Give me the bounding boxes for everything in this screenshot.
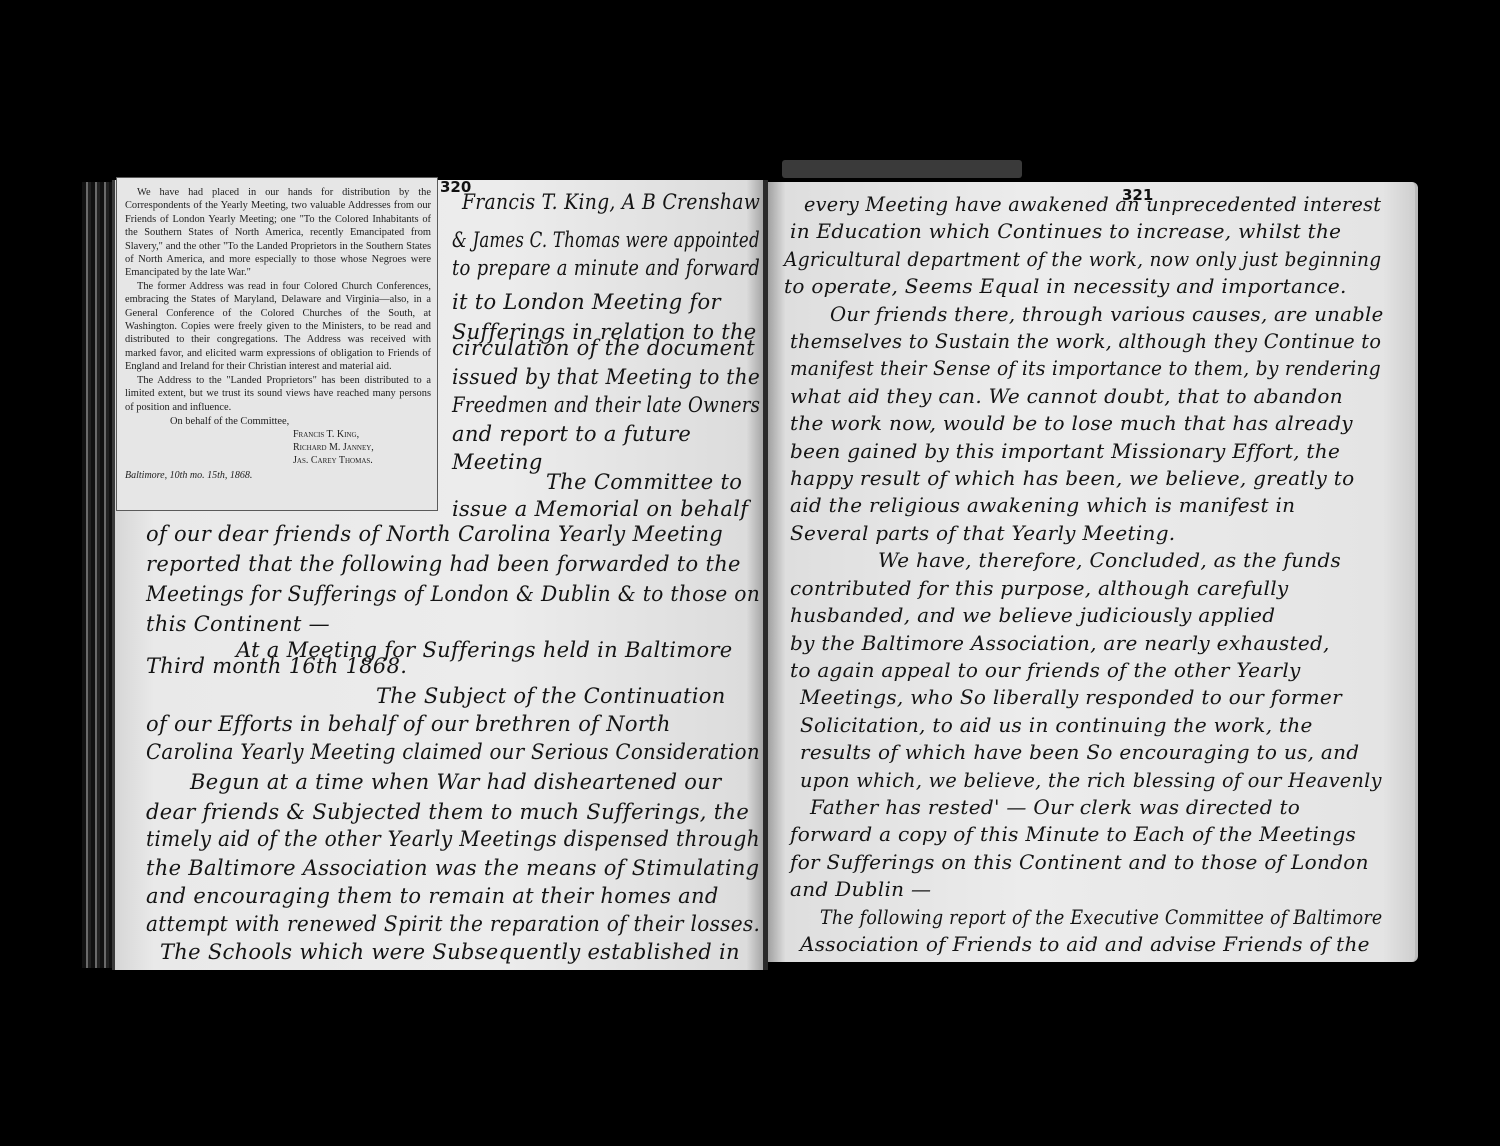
handwritten-line: Meetings for Sufferings of London & Dubl…	[146, 582, 760, 606]
handwritten-line: contributed for this purpose, although c…	[790, 576, 1289, 600]
handwritten-line: upon which, we believe, the rich blessin…	[800, 768, 1382, 792]
handwritten-line: Begun at a time when War had disheartene…	[190, 770, 721, 794]
handwritten-line: results of which have been So encouragin…	[800, 740, 1359, 764]
book-gutter	[763, 180, 768, 970]
handwritten-line: in Education which Continues to increase…	[790, 219, 1341, 243]
handwritten-line: timely aid of the other Yearly Meetings …	[146, 827, 760, 851]
handwritten-line: to prepare a minute and forward	[452, 256, 760, 280]
handwritten-line: Meetings, who So liberally responded to …	[800, 685, 1342, 709]
handwritten-line: every Meeting have awakened an unprecede…	[804, 192, 1381, 216]
handwritten-line: Our friends there, through various cause…	[830, 302, 1384, 326]
handwritten-line: Third month 16th 1868.	[146, 654, 407, 678]
clipping-paragraph: The former Address was read in four Colo…	[125, 280, 431, 374]
handwritten-line: manifest their Sense of its importance t…	[790, 356, 1381, 380]
handwritten-line: Meeting	[452, 450, 543, 474]
handwritten-line: and encouraging them to remain at their …	[146, 884, 719, 908]
handwritten-line: to operate, Seems Equal in necessity and…	[784, 274, 1347, 298]
handwritten-line: Freedmen and their late Owners	[452, 393, 760, 417]
signatory: Francis T. King,	[125, 428, 431, 441]
handwritten-line: The Subject of the Continuation	[376, 684, 726, 708]
signatory: Jas. Carey Thomas.	[125, 454, 431, 467]
handwritten-line: by the Baltimore Association, are nearly…	[790, 631, 1330, 655]
handwritten-line: what aid they can. We cannot doubt, that…	[790, 384, 1343, 408]
handwritten-line: We have, therefore, Concluded, as the fu…	[878, 548, 1341, 572]
handwritten-line: Father has rested' — Our clerk was direc…	[810, 795, 1300, 819]
handwritten-line: the Baltimore Association was the means …	[146, 856, 759, 880]
handwritten-line: been gained by this important Missionary…	[790, 439, 1340, 463]
handwritten-line: Carolina Yearly Meeting claimed our Seri…	[146, 740, 760, 764]
handwritten-line: reported that the following had been for…	[146, 552, 741, 576]
handwritten-line: Association of Friends to aid and advise…	[800, 932, 1370, 956]
handwritten-line: The following report of the Executive Co…	[820, 905, 1382, 929]
handwritten-line: dear friends & Subjected them to much Su…	[146, 800, 749, 824]
page-edges	[82, 182, 116, 968]
handwritten-line: and report to a future	[452, 422, 691, 446]
clipping-signoff: On behalf of the Committee,	[125, 415, 431, 428]
handwritten-line: Agricultural department of the work, now…	[784, 247, 1381, 271]
handwritten-line: to again appeal to our friends of the ot…	[790, 658, 1301, 682]
handwritten-line: and Dublin —	[790, 877, 931, 901]
handwritten-line: issued by that Meeting to the	[452, 365, 760, 389]
clipping-paragraph: We have had placed in our hands for dist…	[125, 186, 431, 280]
handwritten-line: themselves to Sustain the work, although…	[790, 329, 1381, 353]
handwritten-line: Solicitation, to aid us in continuing th…	[800, 713, 1313, 737]
handwritten-line: Several parts of that Yearly Meeting.	[790, 521, 1175, 545]
handwritten-line: & James C. Thomas were appointed	[452, 228, 760, 252]
handwritten-line: husbanded, and we believe judiciously ap…	[790, 603, 1275, 627]
handwritten-line: attempt with renewed Spirit the reparati…	[146, 912, 760, 936]
handwritten-line: The Schools which were Subsequently esta…	[160, 940, 740, 964]
handwritten-line: of our Efforts in behalf of our brethren…	[146, 712, 671, 736]
handwritten-line: The Committee to	[546, 470, 742, 494]
handwritten-line: it to London Meeting for	[452, 290, 721, 314]
handwritten-line: Francis T. King, A B Crenshaw	[462, 190, 760, 214]
handwritten-line: circulation of the document	[452, 336, 755, 360]
clipping-paragraph: The Address to the "Landed Proprietors" …	[125, 374, 431, 414]
signatory: Richard M. Janney,	[125, 441, 431, 454]
handwritten-line: this Continent —	[146, 612, 330, 636]
clipping-dateline: Baltimore, 10th mo. 15th, 1868.	[125, 469, 431, 482]
tab-scrap	[782, 160, 1022, 178]
handwritten-line: happy result of which has been, we belie…	[790, 466, 1354, 490]
handwritten-line: of our dear friends of North Carolina Ye…	[146, 522, 723, 546]
newspaper-clipping: We have had placed in our hands for dist…	[116, 177, 438, 511]
handwritten-line: aid the religious awakening which is man…	[790, 493, 1295, 517]
handwritten-line: issue a Memorial on behalf	[452, 497, 748, 521]
handwritten-line: the work now, would be to lose much that…	[790, 411, 1353, 435]
handwritten-line: for Sufferings on this Continent and to …	[790, 850, 1369, 874]
handwritten-line: forward a copy of this Minute to Each of…	[790, 822, 1356, 846]
